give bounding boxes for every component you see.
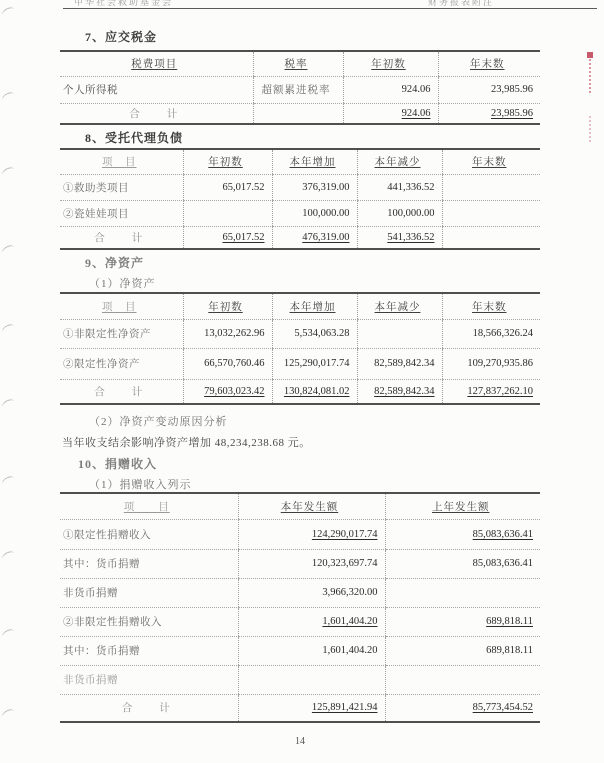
amount-cell: 476,319.00 bbox=[272, 226, 357, 249]
amount-cell: 1,601,404.20 bbox=[238, 636, 385, 665]
table-row: 其中：货币捐赠 120,323,697.74 85,083,636.41 bbox=[60, 549, 540, 578]
amount-cell: 924.06 bbox=[343, 103, 438, 124]
page-header-rule bbox=[63, 8, 597, 9]
row-label: ①非限定性净资产 bbox=[60, 319, 183, 348]
tax-rate-cell bbox=[253, 103, 343, 124]
tax-payable-table: 税费项目 税率 年初数 年末数 个人所得税 超额累进税率 924.06 23,9… bbox=[60, 50, 540, 125]
amount-cell bbox=[442, 226, 540, 249]
col-header: 上年发生额 bbox=[385, 493, 540, 519]
amount-cell bbox=[238, 665, 385, 694]
amount-cell: 65,017.52 bbox=[183, 226, 272, 249]
amount-cell: 85,773,454.52 bbox=[385, 694, 540, 722]
binding-coil-mark bbox=[1, 475, 16, 488]
col-header: 项 目 bbox=[60, 293, 183, 319]
amount-cell: 82,589,842.34 bbox=[357, 379, 442, 404]
binding-coil-mark bbox=[1, 323, 16, 336]
row-label: 合 计 bbox=[60, 226, 183, 249]
table-row: 其中：货币捐赠 1,601,404.20 689,818.11 bbox=[60, 636, 540, 665]
table-row: ①限定性捐赠收入 124,290,017.74 85,083,636.41 bbox=[60, 519, 540, 549]
amount-cell bbox=[385, 578, 540, 607]
red-seal-fragment bbox=[587, 52, 593, 58]
col-header: 本年增加 bbox=[272, 149, 357, 174]
amount-cell bbox=[442, 174, 540, 200]
amount-cell: 689,818.11 bbox=[385, 607, 540, 636]
amount-cell: 376,319.00 bbox=[272, 174, 357, 200]
amount-cell bbox=[357, 319, 442, 348]
total-row: 合 计 924.06 23,985.96 bbox=[60, 103, 540, 124]
section-7-title: 7、应交税金 bbox=[60, 28, 565, 45]
red-seal-fragment bbox=[589, 59, 591, 93]
row-label: ②限定性净资产 bbox=[60, 348, 183, 379]
amount-cell bbox=[442, 200, 540, 226]
row-label: 合 计 bbox=[60, 103, 253, 124]
table-row: 非货币捐赠 bbox=[60, 665, 540, 694]
table-row: 个人所得税 超额累进税率 924.06 23,985.96 bbox=[60, 76, 540, 103]
amount-cell: 100,000.00 bbox=[357, 200, 442, 226]
page-number: 14 bbox=[60, 736, 540, 747]
binding-coil-mark bbox=[1, 244, 16, 257]
col-header: 项 目 bbox=[60, 493, 238, 519]
col-header: 本年减少 bbox=[357, 149, 442, 174]
donation-list-subtitle: （1）捐赠收入列示 bbox=[60, 476, 569, 492]
table-row: ①救助类项目 65,017.52 376,319.00 441,336.52 bbox=[60, 174, 540, 200]
amount-cell: 18,566,326.24 bbox=[442, 319, 540, 348]
amount-cell: 65,017.52 bbox=[183, 174, 272, 200]
amount-cell: 85,083,636.41 bbox=[385, 519, 540, 549]
amount-cell: 82,589,842.34 bbox=[357, 348, 442, 379]
col-header: 项 目 bbox=[60, 149, 183, 174]
binding-coil-mark bbox=[1, 628, 16, 641]
amount-cell: 689,818.11 bbox=[385, 636, 540, 665]
amount-cell: 924.06 bbox=[343, 76, 438, 103]
row-label: 合 计 bbox=[60, 379, 183, 404]
row-label: ①救助类项目 bbox=[60, 174, 183, 200]
col-header: 年初数 bbox=[343, 51, 438, 76]
col-header: 年末数 bbox=[442, 293, 540, 319]
section-8-title: 8、受托代理负债 bbox=[60, 129, 565, 146]
agency-liability-table: 项 目 年初数 本年增加 本年减少 年末数 ①救助类项目 65,017.52 3… bbox=[60, 148, 540, 250]
amount-cell: 127,837,262.10 bbox=[442, 379, 540, 404]
col-header: 本年发生额 bbox=[238, 493, 385, 519]
amount-cell: 79,603,023.42 bbox=[183, 379, 272, 404]
table-row: ①非限定性净资产 13,032,262.96 5,534,063.28 18,5… bbox=[60, 319, 540, 348]
binding-coil-mark bbox=[1, 708, 16, 721]
col-header: 年初数 bbox=[183, 149, 272, 174]
net-assets-subtitle: （1）净资产 bbox=[60, 275, 569, 291]
amount-cell bbox=[183, 200, 272, 226]
amount-cell: 120,323,697.74 bbox=[238, 549, 385, 578]
amount-cell: 441,336.52 bbox=[357, 174, 442, 200]
section-10-title: 10、捐赠收入 bbox=[60, 455, 558, 472]
row-label: ②非限定性捐赠收入 bbox=[60, 607, 238, 636]
amount-cell: 5,534,063.28 bbox=[272, 319, 357, 348]
col-header: 本年增加 bbox=[272, 293, 357, 319]
amount-cell: 124,290,017.74 bbox=[238, 519, 385, 549]
binding-coil-mark bbox=[1, 398, 16, 411]
row-label: 合 计 bbox=[60, 694, 238, 722]
row-label: 非货币捐赠 bbox=[60, 578, 238, 607]
amount-cell: 100,000.00 bbox=[272, 200, 357, 226]
total-row: 合 计 79,603,023.42 130,824,081.02 82,589,… bbox=[60, 379, 540, 404]
section-9-title: 9、净资产 bbox=[60, 254, 565, 271]
row-label: 其中：货币捐赠 bbox=[60, 549, 238, 578]
col-header: 本年减少 bbox=[357, 293, 442, 319]
col-header: 税率 bbox=[253, 51, 343, 76]
amount-cell: 13,032,262.96 bbox=[183, 319, 272, 348]
amount-cell bbox=[385, 665, 540, 694]
amount-cell: 85,083,636.41 bbox=[385, 549, 540, 578]
binding-coil-mark bbox=[1, 550, 16, 563]
donation-income-table: 项 目 本年发生额 上年发生额 ①限定性捐赠收入 124,290,017.74 … bbox=[60, 492, 540, 723]
row-label: ①限定性捐赠收入 bbox=[60, 519, 238, 549]
amount-cell: 23,985.96 bbox=[438, 103, 540, 124]
net-assets-table: 项 目 年初数 本年增加 本年减少 年末数 ①非限定性净资产 13,032,26… bbox=[60, 292, 540, 405]
row-label: 非货币捐赠 bbox=[60, 665, 238, 694]
change-analysis-subtitle: （2）净资产变动原因分析 bbox=[60, 413, 569, 429]
tax-rate-cell: 超额累进税率 bbox=[253, 76, 343, 103]
amount-cell: 125,891,421.94 bbox=[238, 694, 385, 722]
table-row: ②限定性净资产 66,570,760.46 125,290,017.74 82,… bbox=[60, 348, 540, 379]
amount-cell: 125,290,017.74 bbox=[272, 348, 357, 379]
scanned-page: 中华社会救助基金会 财务报表附注 7、应交税金 税费项目 税率 年初数 年末数 … bbox=[0, 0, 604, 763]
header-left-text: 中华社会救助基金会 bbox=[74, 0, 234, 7]
amount-cell: 66,570,760.46 bbox=[183, 348, 272, 379]
col-header: 年初数 bbox=[183, 293, 272, 319]
table-row: 非货币捐赠 3,966,320.00 bbox=[60, 578, 540, 607]
row-label: 个人所得税 bbox=[60, 76, 253, 103]
red-seal-fragment bbox=[589, 116, 591, 142]
amount-cell: 1,601,404.20 bbox=[238, 607, 385, 636]
col-header: 年末数 bbox=[438, 51, 540, 76]
total-row: 合 计 125,891,421.94 85,773,454.52 bbox=[60, 694, 540, 722]
header-right-text: 财务报表附注 bbox=[428, 0, 548, 7]
amount-cell: 109,270,935.86 bbox=[442, 348, 540, 379]
change-analysis-note: 当年收支结余影响净资产增加 48,234,238.68 元。 bbox=[60, 434, 542, 450]
amount-cell: 541,336.52 bbox=[357, 226, 442, 249]
table-row: ②非限定性捐赠收入 1,601,404.20 689,818.11 bbox=[60, 607, 540, 636]
row-label: 其中：货币捐赠 bbox=[60, 636, 238, 665]
binding-coil-mark bbox=[1, 91, 16, 104]
col-header: 年末数 bbox=[442, 149, 540, 174]
row-label: ②瓷娃娃项目 bbox=[60, 200, 183, 226]
amount-cell: 3,966,320.00 bbox=[238, 578, 385, 607]
amount-cell: 23,985.96 bbox=[438, 76, 540, 103]
binding-coil-mark bbox=[1, 166, 16, 179]
total-row: 合 计 65,017.52 476,319.00 541,336.52 bbox=[60, 226, 540, 249]
table-row: ②瓷娃娃项目 100,000.00 100,000.00 bbox=[60, 200, 540, 226]
binding-coil-mark bbox=[1, 6, 16, 19]
col-header: 税费项目 bbox=[60, 51, 253, 76]
amount-cell: 130,824,081.02 bbox=[272, 379, 357, 404]
